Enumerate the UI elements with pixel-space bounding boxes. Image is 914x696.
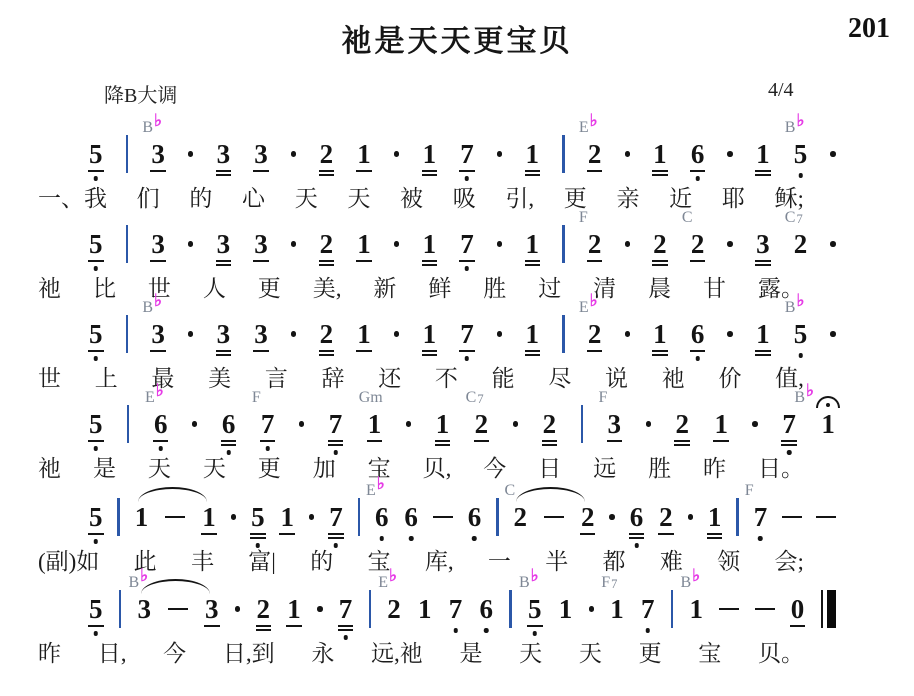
note-number: 1 bbox=[356, 141, 372, 168]
note: 2 bbox=[542, 411, 558, 438]
duration-dot bbox=[830, 151, 836, 157]
low-octave-dot bbox=[409, 536, 414, 541]
barline bbox=[369, 590, 372, 628]
note: 2 bbox=[319, 141, 335, 168]
note-number: 1 bbox=[422, 141, 438, 168]
chord-label: F bbox=[599, 390, 608, 406]
note: 5 bbox=[88, 231, 104, 258]
note-number: 6 bbox=[403, 504, 419, 531]
low-octave-dot bbox=[158, 446, 163, 451]
duration-dot bbox=[830, 331, 836, 337]
lyric-syllable: 祂 bbox=[38, 276, 61, 301]
lyrics-row: 昨日,今日,到永远,祂是天天更宝贝。 bbox=[38, 641, 804, 666]
barline bbox=[509, 590, 512, 628]
note-number: 1 bbox=[356, 231, 372, 258]
lyric-syllable: 更 bbox=[258, 456, 281, 481]
tie-group: 11 bbox=[134, 504, 217, 531]
chord-label: F bbox=[745, 483, 754, 499]
lyric-syllable: 吸 bbox=[453, 186, 476, 211]
lyric-syllable: 比 bbox=[93, 276, 116, 301]
fermata-icon bbox=[816, 396, 840, 408]
note: 1 bbox=[422, 141, 438, 168]
lyric-syllable: 亲 bbox=[616, 186, 639, 211]
low-octave-dot bbox=[472, 536, 477, 541]
barline bbox=[496, 498, 499, 536]
note-number: 1 bbox=[356, 321, 372, 348]
duration-dot bbox=[291, 241, 297, 247]
note: 2 bbox=[319, 231, 335, 258]
note: 3 bbox=[253, 141, 269, 168]
note-number: 1 bbox=[367, 411, 383, 438]
note-number: 6 bbox=[467, 504, 483, 531]
barline bbox=[562, 315, 565, 353]
lyric-syllable: 远,祂 bbox=[371, 641, 423, 666]
low-octave-dot bbox=[94, 446, 99, 451]
notes-row: 5E♭66F77Gm11C722F3217B♭1 bbox=[88, 404, 836, 444]
duration-dot bbox=[309, 514, 315, 520]
note: F3 bbox=[607, 411, 623, 438]
note-number: 3 bbox=[253, 231, 269, 258]
note-number: 6 bbox=[221, 411, 237, 438]
chord-label: F bbox=[252, 390, 261, 406]
note: 1 bbox=[755, 321, 771, 348]
note-number: 6 bbox=[690, 321, 706, 348]
lyric-syllable: 世 bbox=[38, 366, 61, 391]
note-number: 3 bbox=[755, 231, 771, 258]
note: 5 bbox=[88, 321, 104, 348]
note-number: 7 bbox=[459, 321, 475, 348]
final-barline bbox=[821, 590, 837, 628]
note: B♭3 bbox=[150, 141, 166, 168]
duration-dot bbox=[625, 331, 631, 337]
lyrics-row: 祂是天天更加宝贝,今日远胜昨日。 bbox=[38, 456, 804, 481]
lyric-syllable: 天 bbox=[203, 456, 226, 481]
notes-row: 5B♭33321171E♭2161B♭5 bbox=[88, 314, 836, 354]
flat-sign: ♭ bbox=[389, 566, 397, 585]
note: 6 bbox=[690, 141, 706, 168]
lyrics-row: (副)如此丰富|的宝库,一半都难领会; bbox=[38, 549, 804, 574]
note: 3 bbox=[216, 231, 232, 258]
note: 2 bbox=[658, 504, 674, 531]
note: 2 bbox=[580, 504, 596, 531]
note-number: 2 bbox=[580, 504, 596, 531]
barline bbox=[126, 225, 129, 263]
sustain-dash bbox=[755, 608, 775, 611]
note: 1 bbox=[356, 141, 372, 168]
lyric-syllable: 辞 bbox=[322, 366, 345, 391]
chord-label: C7 bbox=[466, 390, 484, 406]
lyric-syllable: 日, bbox=[98, 641, 127, 666]
lyric-syllable: 是 bbox=[93, 456, 116, 481]
duration-dot bbox=[609, 514, 615, 520]
lyric-syllable: 昨 bbox=[38, 641, 61, 666]
note: 3 bbox=[253, 321, 269, 348]
note: 2 bbox=[652, 231, 668, 258]
duration-dot bbox=[192, 421, 198, 427]
chord-seventh: 7 bbox=[796, 212, 802, 226]
chord-label: B♭ bbox=[519, 573, 539, 591]
chord-label: B♭ bbox=[142, 298, 162, 316]
low-octave-dot bbox=[465, 266, 470, 271]
final-barline-thin bbox=[821, 590, 824, 628]
chord-label: B♭ bbox=[142, 118, 162, 136]
time-signature: 4/4 bbox=[768, 79, 794, 102]
note: 6 bbox=[690, 321, 706, 348]
note-number: 1 bbox=[558, 596, 574, 623]
lyric-syllable: 说 bbox=[605, 366, 628, 391]
duration-dot bbox=[727, 331, 733, 337]
tie-group: B♭33 bbox=[137, 596, 220, 623]
note: E♭2 bbox=[587, 321, 603, 348]
note: 1 bbox=[417, 596, 433, 623]
duration-dot bbox=[188, 331, 194, 337]
low-octave-dot bbox=[695, 176, 700, 181]
low-octave-dot bbox=[465, 176, 470, 181]
lyric-syllable: 丰 bbox=[191, 549, 214, 574]
flat-sign: ♭ bbox=[692, 566, 700, 585]
chord-label: E♭ bbox=[145, 388, 164, 406]
note-number: 2 bbox=[587, 231, 603, 258]
lyric-syllable: 领 bbox=[717, 549, 740, 574]
lyric-syllable: 晨 bbox=[648, 276, 671, 301]
note-number: 7 bbox=[328, 504, 344, 531]
note: 1 bbox=[279, 504, 295, 531]
chord-label: C bbox=[504, 483, 515, 499]
note: 1 bbox=[525, 321, 541, 348]
note: B♭1 bbox=[820, 411, 836, 438]
chord-label: F7 bbox=[601, 575, 617, 591]
lyric-syllable: 天 bbox=[148, 456, 171, 481]
note-number: 3 bbox=[216, 141, 232, 168]
barline bbox=[736, 498, 739, 536]
note: 1 bbox=[713, 411, 729, 438]
low-octave-dot bbox=[94, 356, 99, 361]
note: 6 bbox=[403, 504, 419, 531]
note: 5 bbox=[88, 504, 104, 531]
note-number: 3 bbox=[216, 321, 232, 348]
note: 1 bbox=[422, 321, 438, 348]
note-number: 1 bbox=[201, 504, 217, 531]
note: 2 bbox=[319, 321, 335, 348]
note-number: 3 bbox=[137, 596, 153, 623]
low-octave-dot bbox=[343, 635, 348, 640]
note: F7 bbox=[753, 504, 769, 531]
lyric-syllable: 鲜 bbox=[428, 276, 451, 301]
note: 5 bbox=[88, 596, 104, 623]
note-number: 7 bbox=[781, 411, 797, 438]
sustain-dash bbox=[544, 516, 564, 519]
flat-sign: ♭ bbox=[796, 291, 804, 310]
chord-label: C7 bbox=[785, 210, 803, 226]
note: 7 bbox=[328, 411, 344, 438]
lyric-syllable: 更 bbox=[564, 186, 587, 211]
note-number: 3 bbox=[607, 411, 623, 438]
duration-dot bbox=[727, 151, 733, 157]
lyric-syllable: 天 bbox=[295, 186, 318, 211]
sustain-dash bbox=[816, 516, 836, 519]
sustain-dash bbox=[433, 516, 453, 519]
note: 1 bbox=[707, 504, 723, 531]
music-system: 5B♭33217E♭2176B♭51F717B♭10昨日,今日,到永远,祂是天天… bbox=[0, 589, 914, 666]
lyric-syllable: 贝, bbox=[423, 456, 452, 481]
lyric-syllable: 宝 bbox=[368, 549, 391, 574]
note-number: 2 bbox=[690, 231, 706, 258]
flat-sign: ♭ bbox=[156, 381, 164, 400]
note-number: 5 bbox=[250, 504, 266, 531]
chord-seventh: 7 bbox=[477, 392, 483, 406]
note: 3 bbox=[755, 231, 771, 258]
lyric-syllable: 胜 bbox=[648, 456, 671, 481]
note-number: 3 bbox=[216, 231, 232, 258]
lyric-syllable: 天 bbox=[347, 186, 370, 211]
low-octave-dot bbox=[334, 543, 339, 548]
note: 1 bbox=[525, 231, 541, 258]
note: 7 bbox=[781, 411, 797, 438]
note-number: 2 bbox=[793, 231, 809, 258]
note-number: 5 bbox=[88, 321, 104, 348]
note: 2 bbox=[674, 411, 690, 438]
note: 3 bbox=[216, 141, 232, 168]
note: 1 bbox=[525, 141, 541, 168]
note-number: 7 bbox=[448, 596, 464, 623]
chord-label: B♭ bbox=[785, 118, 805, 136]
flat-sign: ♭ bbox=[377, 474, 385, 493]
lyric-syllable: 稣; bbox=[774, 186, 803, 211]
lyric-syllable: 加 bbox=[313, 456, 336, 481]
low-octave-dot bbox=[484, 628, 489, 633]
lyric-syllable: 日。 bbox=[758, 456, 804, 481]
chord-label: B♭ bbox=[129, 573, 149, 591]
lyric-syllable: 一 bbox=[488, 549, 511, 574]
lyric-syllable: 近 bbox=[669, 186, 692, 211]
note: E♭2 bbox=[587, 141, 603, 168]
lyric-syllable: 祂 bbox=[38, 456, 61, 481]
note: 7 bbox=[459, 231, 475, 258]
note-number: 1 bbox=[435, 411, 451, 438]
music-system: 5B♭33321171E♭2161B♭5一、我们的心天天被吸引,更亲近耶稣; bbox=[0, 134, 914, 211]
duration-dot bbox=[589, 606, 595, 612]
key-signature: 降B大调 bbox=[104, 79, 177, 108]
low-octave-dot bbox=[798, 353, 803, 358]
lyric-syllable: 是 bbox=[459, 641, 482, 666]
lyric-syllable: 新 bbox=[373, 276, 396, 301]
lyric-syllable: 今 bbox=[163, 641, 186, 666]
note: 5 bbox=[88, 411, 104, 438]
lyric-syllable: 永 bbox=[311, 641, 334, 666]
lyric-syllable: 富| bbox=[248, 549, 276, 574]
note-number: 2 bbox=[587, 141, 603, 168]
note-number: 1 bbox=[286, 596, 302, 623]
duration-dot bbox=[688, 514, 694, 520]
lyric-syllable: 尽 bbox=[548, 366, 571, 391]
flat-sign: ♭ bbox=[796, 111, 804, 130]
note-number: 1 bbox=[609, 596, 625, 623]
note-number: 2 bbox=[542, 411, 558, 438]
note: 2 bbox=[256, 596, 272, 623]
note-number: 7 bbox=[338, 596, 354, 623]
duration-dot bbox=[291, 331, 297, 337]
note: 1 bbox=[422, 231, 438, 258]
duration-dot bbox=[299, 421, 305, 427]
low-octave-dot bbox=[533, 631, 538, 636]
lyric-syllable: 宝 bbox=[698, 641, 721, 666]
note: B♭3 bbox=[150, 321, 166, 348]
note-number: 7 bbox=[640, 596, 656, 623]
chord-label: B♭ bbox=[785, 298, 805, 316]
note: E♭6 bbox=[374, 504, 390, 531]
page-number: 201 bbox=[848, 13, 890, 45]
lyric-syllable: 难 bbox=[660, 549, 683, 574]
lyric-syllable: 今 bbox=[483, 456, 506, 481]
lyric-syllable: 日,到 bbox=[223, 641, 275, 666]
lyric-syllable: 美, bbox=[313, 276, 342, 301]
note-number: 2 bbox=[474, 411, 490, 438]
note-number: 3 bbox=[150, 141, 166, 168]
note: 6 bbox=[467, 504, 483, 531]
note: E♭2 bbox=[386, 596, 402, 623]
chord-label: E♭ bbox=[579, 118, 598, 136]
note-number: 1 bbox=[755, 141, 771, 168]
notes-row: 511517E♭666C22621F7 bbox=[88, 497, 836, 537]
duration-dot bbox=[625, 241, 631, 247]
duration-dot bbox=[830, 241, 836, 247]
note-number: 1 bbox=[134, 504, 150, 531]
note-number: 7 bbox=[459, 231, 475, 258]
lyric-syllable: 能 bbox=[492, 366, 515, 391]
sustain-dash bbox=[782, 516, 802, 519]
page-title: 祂是天天更宝贝 bbox=[0, 16, 914, 60]
low-octave-dot bbox=[333, 450, 338, 455]
lyric-syllable: 言 bbox=[265, 366, 288, 391]
flat-sign: ♭ bbox=[531, 566, 539, 585]
note: 7 bbox=[459, 321, 475, 348]
chord-label: E♭ bbox=[579, 298, 598, 316]
chord-label: Gm bbox=[359, 390, 383, 406]
note-number: 6 bbox=[479, 596, 495, 623]
note-number: 3 bbox=[253, 321, 269, 348]
note-number: 1 bbox=[652, 141, 668, 168]
note-number: 7 bbox=[260, 411, 276, 438]
lyric-syllable: 贝。 bbox=[758, 641, 804, 666]
duration-dot bbox=[497, 151, 503, 157]
note: 1 bbox=[286, 596, 302, 623]
duration-dot bbox=[752, 421, 758, 427]
low-octave-dot bbox=[758, 536, 763, 541]
note: 7 bbox=[448, 596, 464, 623]
lyric-syllable: 人 bbox=[203, 276, 226, 301]
note-number: 1 bbox=[422, 231, 438, 258]
chord-label: F bbox=[579, 210, 588, 226]
barline bbox=[126, 135, 129, 173]
lyric-syllable: 都 bbox=[603, 549, 626, 574]
note: 1 bbox=[558, 596, 574, 623]
note: 7 bbox=[338, 596, 354, 623]
lyric-syllable: 过 bbox=[538, 276, 561, 301]
note: 1 bbox=[652, 141, 668, 168]
note-number: 2 bbox=[319, 321, 335, 348]
sheet-music-page: 祂是天天更宝贝 201 降B大调 4/4 5B♭33321171E♭2161B♭… bbox=[0, 0, 914, 696]
low-octave-dot bbox=[256, 543, 261, 548]
low-octave-dot bbox=[695, 356, 700, 361]
music-system: 511517E♭666C22621F7(副)如此丰富|的宝库,一半都难领会; bbox=[0, 497, 914, 574]
low-octave-dot bbox=[226, 450, 231, 455]
low-octave-dot bbox=[453, 628, 458, 633]
note: 5 bbox=[88, 141, 104, 168]
low-octave-dot bbox=[634, 543, 639, 548]
note-number: 1 bbox=[525, 141, 541, 168]
duration-dot bbox=[727, 241, 733, 247]
note: 6 bbox=[629, 504, 645, 531]
notes-row: 5B♭33321171E♭2161B♭5 bbox=[88, 134, 836, 174]
note: 7 bbox=[459, 141, 475, 168]
lyric-syllable: 库, bbox=[425, 549, 454, 574]
note: 3 bbox=[150, 231, 166, 258]
sustain-dash bbox=[168, 608, 188, 611]
note: F71 bbox=[609, 596, 625, 623]
chord-label: C bbox=[682, 210, 693, 226]
duration-dot bbox=[235, 606, 241, 612]
low-octave-dot bbox=[94, 176, 99, 181]
note: 1 bbox=[755, 141, 771, 168]
duration-dot bbox=[497, 241, 503, 247]
note: 1 bbox=[356, 231, 372, 258]
duration-dot bbox=[394, 331, 400, 337]
chord-label: E♭ bbox=[366, 481, 385, 499]
note-number: 6 bbox=[690, 141, 706, 168]
barline bbox=[581, 405, 584, 443]
lyric-syllable: 会; bbox=[774, 549, 803, 574]
note: 6 bbox=[479, 596, 495, 623]
note-number: 1 bbox=[417, 596, 433, 623]
low-octave-dot bbox=[94, 631, 99, 636]
duration-dot bbox=[394, 241, 400, 247]
note-number: 1 bbox=[652, 321, 668, 348]
flat-sign: ♭ bbox=[154, 111, 162, 130]
lyric-syllable: 日 bbox=[538, 456, 561, 481]
flat-sign: ♭ bbox=[154, 291, 162, 310]
notes-row: 533321171F22C23C72 bbox=[88, 224, 836, 264]
note: F7 bbox=[260, 411, 276, 438]
note-number: 6 bbox=[374, 504, 390, 531]
lyric-syllable: 引, bbox=[505, 186, 534, 211]
tie-group: C22 bbox=[512, 504, 595, 531]
note-number: 2 bbox=[319, 231, 335, 258]
duration-dot bbox=[188, 241, 194, 247]
note-number: 2 bbox=[256, 596, 272, 623]
note-number: 1 bbox=[279, 504, 295, 531]
lyric-syllable: (副)如 bbox=[38, 549, 99, 574]
note: C72 bbox=[793, 231, 809, 258]
lyric-syllable: 天 bbox=[579, 641, 602, 666]
chord-label: B♭ bbox=[794, 388, 814, 406]
lyric-syllable: 被 bbox=[400, 186, 423, 211]
note-number: 1 bbox=[689, 596, 705, 623]
note-number: 5 bbox=[88, 411, 104, 438]
flat-sign: ♭ bbox=[140, 566, 148, 585]
lyric-syllable: 美 bbox=[208, 366, 231, 391]
low-octave-dot bbox=[265, 446, 270, 451]
note-number: 7 bbox=[328, 411, 344, 438]
note-number: 3 bbox=[150, 231, 166, 258]
note-number: 5 bbox=[88, 596, 104, 623]
music-system: 5B♭33321171E♭2161B♭5世上最美言辞还不能尽说祂价值, bbox=[0, 314, 914, 391]
note: 1 bbox=[652, 321, 668, 348]
duration-dot bbox=[291, 151, 297, 157]
chord-seventh: 7 bbox=[611, 577, 617, 591]
note: 7 bbox=[328, 504, 344, 531]
note-number: 7 bbox=[459, 141, 475, 168]
barline bbox=[358, 498, 361, 536]
